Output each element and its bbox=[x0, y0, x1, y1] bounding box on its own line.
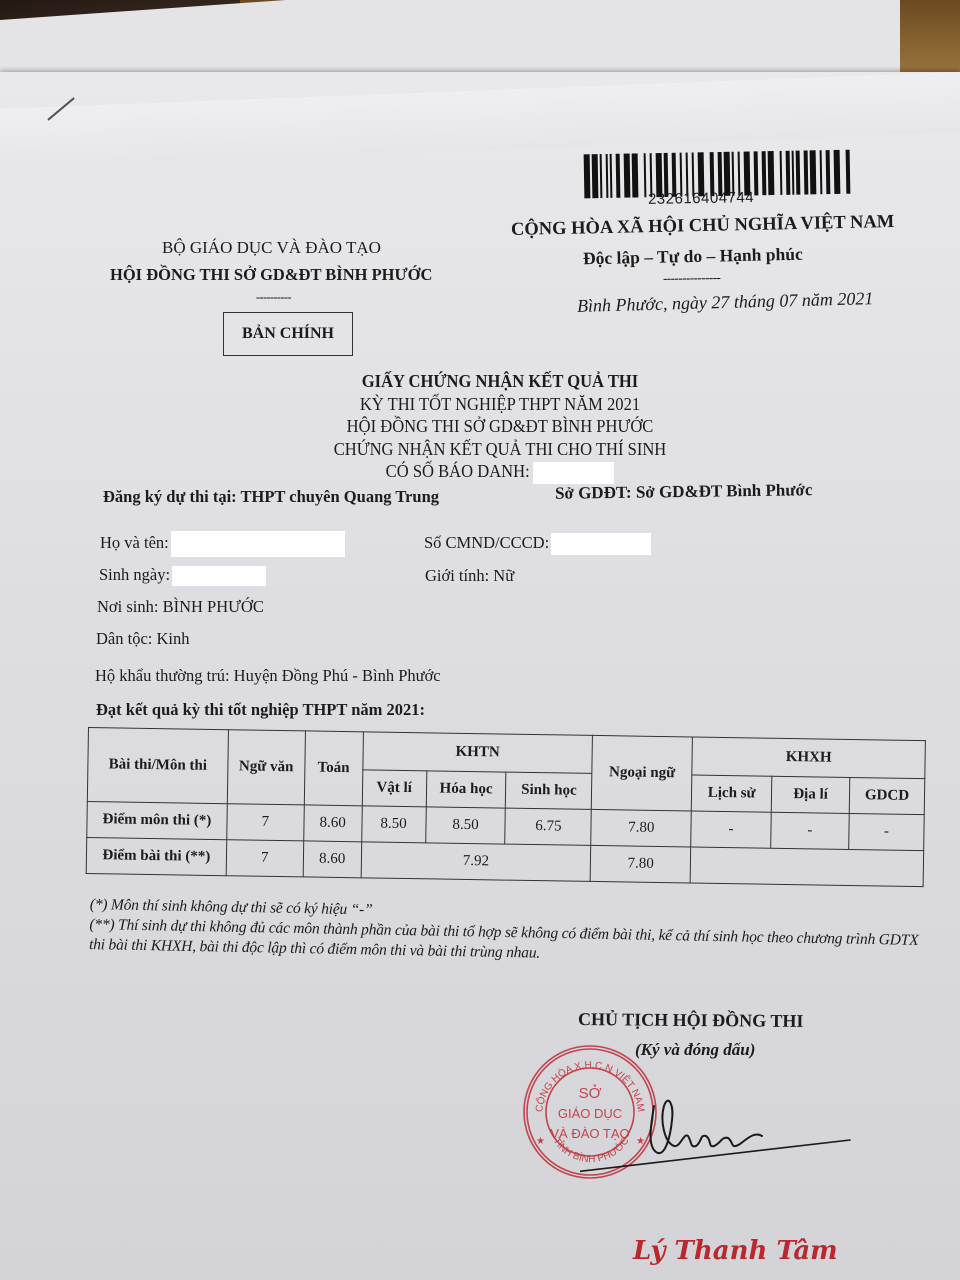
id-label: Số CMND/CCCD: bbox=[424, 533, 549, 552]
dob-redacted bbox=[172, 566, 266, 586]
candidate-number-redacted bbox=[533, 462, 614, 484]
council-name: HỘI ĐỒNG THI SỞ GD&ĐT BÌNH PHƯỚC bbox=[110, 265, 432, 285]
exam-literature: 7 bbox=[226, 840, 303, 877]
id-row: Số CMND/CCCD: bbox=[424, 533, 651, 555]
separator: ---------- bbox=[256, 290, 291, 305]
row-label: Điểm môn thi (*) bbox=[87, 801, 227, 839]
score-civics: - bbox=[849, 813, 925, 850]
score-physics: 8.50 bbox=[361, 806, 425, 843]
barcode-number: 232616404744 bbox=[648, 189, 754, 208]
residence: Hộ khẩu thường trú: Huyện Đồng Phú - Bìn… bbox=[95, 666, 441, 686]
original-copy-label: BẢN CHÍNH bbox=[223, 312, 353, 356]
exam-math: 8.60 bbox=[303, 841, 361, 878]
education-department: Sở GDĐT: Sở GD&ĐT Bình Phước bbox=[555, 480, 813, 504]
exam-khtn-combined: 7.92 bbox=[361, 842, 591, 882]
header-khtn: KHTN bbox=[363, 732, 593, 774]
id-redacted bbox=[551, 533, 651, 555]
dob-row: Sinh ngày: bbox=[99, 565, 266, 586]
candidate-number-label: CÓ SỐ BÁO DANH: bbox=[386, 461, 530, 481]
header-biology: Sinh học bbox=[506, 772, 592, 809]
header-math: Toán bbox=[304, 731, 363, 806]
header-khxh: KHXH bbox=[692, 737, 925, 779]
signature-title: CHỦ TỊCH HỘI ĐỒNG THI bbox=[578, 1009, 804, 1032]
score-foreign-language: 7.80 bbox=[591, 809, 691, 847]
header-history: Lịch sử bbox=[691, 775, 771, 812]
header-chemistry: Hóa học bbox=[426, 771, 506, 808]
header-subject: Bài thi/Môn thi bbox=[87, 728, 228, 804]
results-title: Đạt kết quả kỳ thi tốt nghiệp THPT năm 2… bbox=[96, 700, 425, 720]
handwritten-signature-icon bbox=[580, 1080, 870, 1200]
svg-text:★: ★ bbox=[536, 1136, 545, 1147]
header-civics: GDCD bbox=[849, 777, 925, 814]
document-title-block: GIẤY CHỨNG NHẬN KẾT QUẢ THI KỲ THI TỐT N… bbox=[240, 370, 760, 484]
name-label: Họ và tên: bbox=[100, 533, 169, 552]
exam-name: KỲ THI TỐT NGHIỆP THPT NĂM 2021 bbox=[261, 393, 739, 416]
row-label: Điểm bài thi (**) bbox=[86, 837, 226, 875]
ethnicity: Dân tộc: Kinh bbox=[96, 629, 189, 649]
score-history: - bbox=[691, 811, 771, 848]
name-redacted bbox=[171, 531, 345, 557]
certification-line: CHỨNG NHẬN KẾT QUẢ THI CHO THÍ SINH bbox=[261, 438, 739, 461]
birthplace: Nơi sinh: BÌNH PHƯỚC bbox=[97, 597, 264, 617]
exam-foreign-language: 7.80 bbox=[590, 845, 690, 883]
score-chemistry: 8.50 bbox=[425, 807, 505, 844]
score-literature: 7 bbox=[227, 804, 304, 841]
header-literature: Ngữ văn bbox=[227, 730, 305, 805]
score-math: 8.60 bbox=[303, 805, 361, 842]
separator: --------------- bbox=[663, 270, 721, 287]
candidate-number-row: CÓ SỐ BÁO DANH: bbox=[261, 460, 739, 484]
dob-label: Sinh ngày: bbox=[99, 565, 170, 584]
ministry-name: BỘ GIÁO DỤC VÀ ĐÀO TẠO bbox=[162, 238, 381, 258]
document-title: GIẤY CHỨNG NHẬN KẾT QUẢ THI bbox=[261, 370, 739, 393]
signer-name: Lý Thanh Tâm bbox=[633, 1236, 838, 1266]
header-physics: Vật lí bbox=[362, 770, 426, 807]
registration-school: Đăng ký dự thi tại: THPT chuyên Quang Tr… bbox=[103, 487, 439, 507]
score-geography: - bbox=[771, 812, 849, 849]
exam-council: HỘI ĐỒNG THI SỞ GD&ĐT BÌNH PHƯỚC bbox=[261, 415, 739, 438]
header-foreign-language: Ngoại ngữ bbox=[592, 735, 693, 811]
name-row: Họ và tên: bbox=[100, 531, 345, 557]
header-geography: Địa lí bbox=[771, 776, 849, 813]
exam-khxh-combined bbox=[690, 847, 923, 887]
score-biology: 6.75 bbox=[505, 808, 591, 845]
gender: Giới tính: Nữ bbox=[425, 566, 514, 586]
scores-table: Bài thi/Môn thi Ngữ văn Toán KHTN Ngoại … bbox=[86, 727, 926, 887]
